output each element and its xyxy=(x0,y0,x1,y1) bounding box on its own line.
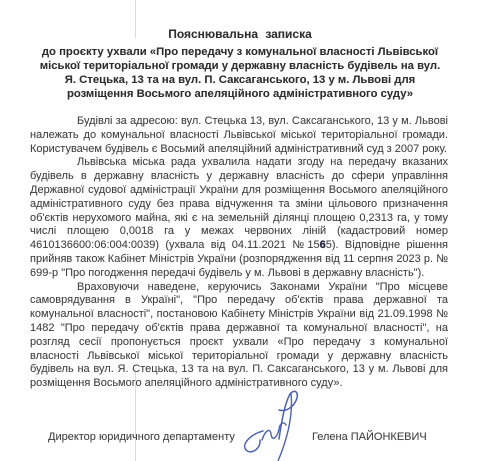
document-body: Будівлі за адресою: вул. Стецька 13, вул… xyxy=(30,115,448,391)
paragraph-1: Будівлі за адресою: вул. Стецька 13, вул… xyxy=(30,115,448,156)
signature-position-label: Директор юридичного департаменту xyxy=(48,431,235,443)
fold-line-bottom xyxy=(135,372,136,461)
signature-name: Гелена ПАЙОНКЕВИЧ xyxy=(312,431,427,443)
document-page: Пояснювальна записка до проєкту ухвали «… xyxy=(0,0,480,461)
paragraph-2: Львівська міська рада ухвалила надати зг… xyxy=(30,156,448,280)
signature-ink xyxy=(233,387,313,461)
fold-line-top xyxy=(135,0,136,38)
document-title: Пояснювальна записка xyxy=(30,27,450,41)
paragraph-2-text-a: Львівська міська рада ухвалила надати зг… xyxy=(30,156,448,251)
document-subtitle: до проєкту ухвали «Про передачу з комуна… xyxy=(33,45,447,101)
paragraph-3: Враховуючи наведене, керуючись Законами … xyxy=(30,281,448,391)
